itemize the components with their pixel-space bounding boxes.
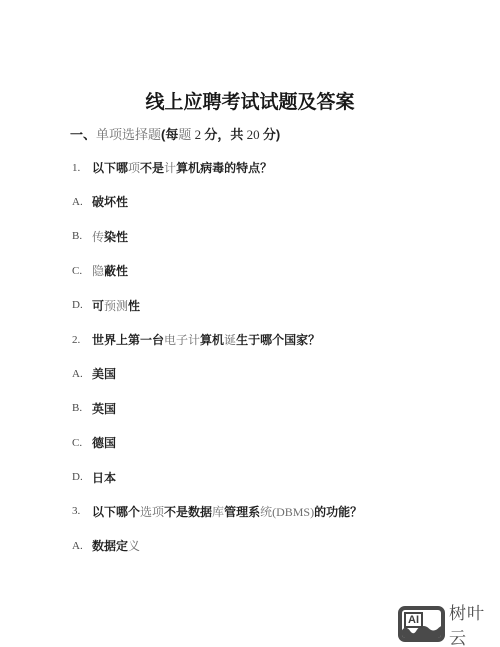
line-text: 美国 bbox=[92, 365, 116, 382]
line-label: C. bbox=[72, 437, 92, 449]
line-text: 英国 bbox=[92, 400, 116, 417]
line-label: D. bbox=[72, 471, 92, 483]
option-3-a: A.数据定义 bbox=[72, 529, 500, 563]
line-text: 隐蔽性 bbox=[92, 262, 128, 279]
question-2: 2.世界上第一台电子计算机诞生于哪个国家？ bbox=[72, 322, 500, 356]
option-2-d: D.日本 bbox=[72, 460, 500, 494]
line-label: A. bbox=[72, 540, 92, 552]
line-text: 可预测性 bbox=[92, 297, 140, 314]
line-label: B. bbox=[72, 230, 92, 242]
brand-name: 树叶云 bbox=[449, 599, 500, 647]
line-text: 世界上第一台电子计算机诞生于哪个国家？ bbox=[92, 331, 320, 348]
question-3: 3.以下哪个选项不是数据库管理系统(DBMS)的功能？ bbox=[72, 494, 500, 528]
option-1-d: D.可预测性 bbox=[72, 288, 500, 322]
line-label: 3. bbox=[72, 505, 92, 517]
line-text: 以下哪项不是计算机病毒的特点？ bbox=[92, 159, 272, 176]
line-text: 德国 bbox=[92, 434, 116, 451]
section-header: 一、单项选择题(每题 2 分，共 20 分) bbox=[70, 116, 500, 150]
brand-watermark: AI 树叶云 bbox=[398, 599, 500, 647]
option-2-c: C.德国 bbox=[72, 426, 500, 460]
line-text: 破坏性 bbox=[92, 193, 128, 210]
line-text: 日本 bbox=[92, 469, 116, 486]
option-1-b: B.传染性 bbox=[72, 219, 500, 253]
option-2-b: B.英国 bbox=[72, 391, 500, 425]
option-1-a: A.破坏性 bbox=[72, 185, 500, 219]
ai-label: AI bbox=[404, 612, 423, 628]
line-text: 以下哪个选项不是数据库管理系统(DBMS)的功能？ bbox=[92, 503, 362, 520]
question-1: 1.以下哪项不是计算机病毒的特点？ bbox=[72, 150, 500, 184]
line-label: A. bbox=[72, 196, 92, 208]
option-1-c: C.隐蔽性 bbox=[72, 254, 500, 288]
line-label: C. bbox=[72, 265, 92, 277]
exam-body: 一、单项选择题(每题 2 分，共 20 分)1.以下哪项不是计算机病毒的特点？A… bbox=[72, 116, 500, 563]
line-label: 1. bbox=[72, 162, 92, 174]
line-text: 传染性 bbox=[92, 228, 128, 245]
line-label: B. bbox=[72, 402, 92, 414]
line-text: 一、单项选择题(每题 2 分，共 20 分) bbox=[70, 124, 280, 143]
brand-logo-icon: AI bbox=[398, 606, 445, 642]
line-label: 2. bbox=[72, 334, 92, 346]
option-2-a: A.美国 bbox=[72, 357, 500, 391]
page-title: 线上应聘考试试题及答案 bbox=[0, 87, 500, 114]
line-text: 数据定义 bbox=[92, 537, 140, 554]
line-label: D. bbox=[72, 299, 92, 311]
line-label: A. bbox=[72, 368, 92, 380]
